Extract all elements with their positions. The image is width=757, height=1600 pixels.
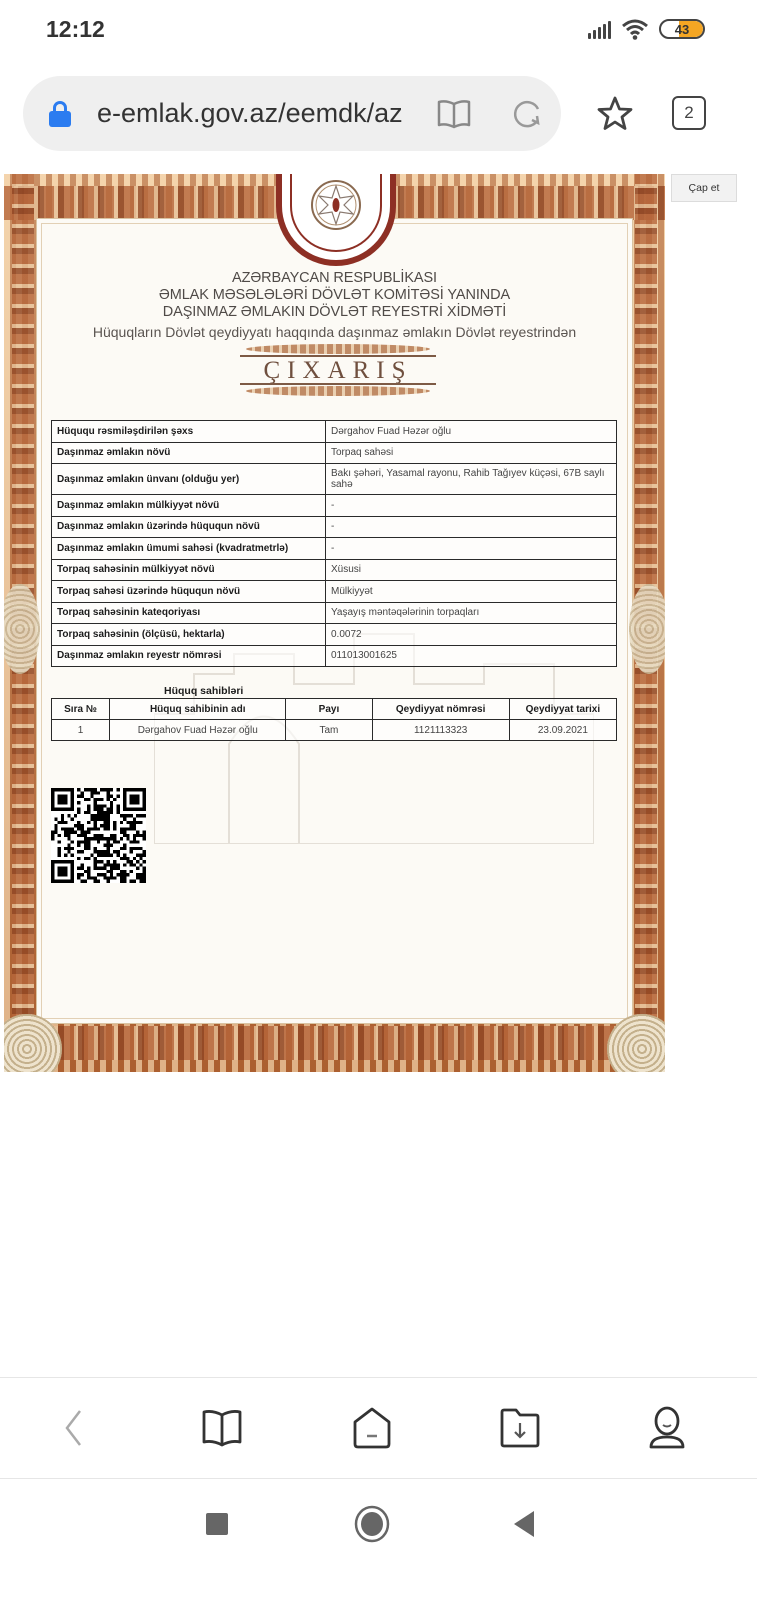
owners-cell: Dərgahov Fuad Həzər oğlu — [110, 720, 286, 741]
tabs-button[interactable]: 2 — [672, 96, 706, 130]
info-label: Daşınmaz əmlakın növü — [52, 442, 326, 464]
info-row: Hüququ rəsmiləşdirilən şəxsDərgahov Fuad… — [52, 421, 617, 443]
info-value: 011013001625 — [326, 645, 617, 667]
lock-icon[interactable] — [49, 101, 71, 127]
info-value: Dərgahov Fuad Həzər oğlu — [326, 421, 617, 443]
info-row: Daşınmaz əmlakın reyestr nömrəsi01101300… — [52, 645, 617, 667]
info-row: Torpaq sahəsi üzərində hüququn növüMülki… — [52, 581, 617, 603]
owners-cell: 1 — [52, 720, 110, 741]
signal-icon — [588, 19, 611, 39]
info-value: 0.0072 — [326, 624, 617, 646]
guilloche-right — [629, 584, 665, 674]
frame-band-bottom — [4, 1026, 665, 1060]
bookmarks-button[interactable] — [200, 1406, 244, 1450]
home-circle-icon — [354, 1505, 390, 1543]
home-icon — [351, 1406, 393, 1450]
owners-column-header: Qeydiyyat nömrəsi — [372, 699, 509, 720]
info-value: - — [326, 538, 617, 560]
info-label: Daşınmaz əmlakın üzərində hüququn növü — [52, 516, 326, 538]
info-label: Hüququ rəsmiləşdirilən şəxs — [52, 421, 326, 443]
profile-icon — [647, 1406, 687, 1450]
system-home-button[interactable] — [354, 1505, 390, 1543]
info-label: Daşınmaz əmlakın ümumi sahəsi (kvadratme… — [52, 538, 326, 560]
downloads-icon — [499, 1407, 541, 1449]
info-row: Daşınmaz əmlakın mülkiyyət növü- — [52, 495, 617, 517]
system-nav-bar — [0, 1480, 757, 1600]
certificate-title: ÇIXARIŞ — [240, 357, 436, 385]
property-info-table: Hüququ rəsmiləşdirilən şəxsDərgahov Fuad… — [51, 420, 617, 667]
tab-count: 2 — [684, 103, 693, 123]
owners-column-header: Payı — [286, 699, 372, 720]
title-ornament: ÇIXARIŞ — [240, 344, 436, 396]
system-back-button[interactable] — [512, 1510, 536, 1538]
profile-button[interactable] — [645, 1406, 689, 1450]
info-row: Daşınmaz əmlakın üzərində hüququn növü- — [52, 516, 617, 538]
owners-table: Sıra №Hüquq sahibinin adıPayıQeydiyyat n… — [51, 698, 617, 741]
home-button[interactable] — [350, 1406, 394, 1450]
owners-cell: 1121113323 — [372, 720, 509, 741]
info-label: Daşınmaz əmlakın ünvanı (olduğu yer) — [52, 464, 326, 495]
info-row: Daşınmaz əmlakın ünvanı (olduğu yer)Bakı… — [52, 464, 617, 495]
info-row: Torpaq sahəsinin (ölçüsü, hektarla)0.007… — [52, 624, 617, 646]
recents-icon — [205, 1512, 229, 1536]
status-icons: 43 — [588, 18, 705, 40]
url-text[interactable]: e-emlak.gov.az/eemdk/az — [97, 98, 402, 129]
info-value: Yaşayış məntəqələrinin torpaqları — [326, 602, 617, 624]
bookmark-star-icon[interactable] — [596, 95, 634, 133]
recents-button[interactable] — [205, 1512, 229, 1536]
certificate-header: AZƏRBAYCAN RESPUBLİKASI ƏMLAK MƏSƏLƏLƏRİ… — [4, 270, 665, 340]
back-icon — [62, 1408, 86, 1448]
info-label: Daşınmaz əmlakın reyestr nömrəsi — [52, 645, 326, 667]
info-row: Torpaq sahəsinin mülkiyyət növüXüsusi — [52, 559, 617, 581]
header-subtitle: Hüquqların Dövlət qeydiyyatı haqqında da… — [4, 324, 665, 340]
info-label: Torpaq sahəsinin (ölçüsü, hektarla) — [52, 624, 326, 646]
info-label: Torpaq sahəsinin mülkiyyət növü — [52, 559, 326, 581]
owners-column-header: Qeydiyyat tarixi — [509, 699, 616, 720]
header-committee: ƏMLAK MƏSƏLƏLƏRİ DÖVLƏT KOMİTƏSİ YANINDA — [4, 287, 665, 304]
header-republic: AZƏRBAYCAN RESPUBLİKASI — [4, 270, 665, 287]
info-value: Mülkiyyət — [326, 581, 617, 603]
owners-column-header: Sıra № — [52, 699, 110, 720]
info-label: Torpaq sahəsinin kateqoriyası — [52, 602, 326, 624]
info-row: Torpaq sahəsinin kateqoriyasıYaşayış mən… — [52, 602, 617, 624]
battery-level: 43 — [675, 22, 689, 37]
owners-row: 1Dərgahov Fuad Həzər oğluTam112111332323… — [52, 720, 617, 741]
owners-column-header: Hüquq sahibinin adı — [110, 699, 286, 720]
header-service: DAŞINMAZ ƏMLAKIN DÖVLƏT REYESTRİ XİDMƏTİ — [4, 304, 665, 321]
info-value: - — [326, 495, 617, 517]
bookmarks-icon — [201, 1408, 243, 1448]
status-time: 12:12 — [46, 16, 105, 43]
info-value: Torpaq sahəsi — [326, 442, 617, 464]
reload-icon[interactable] — [510, 97, 544, 131]
info-row: Daşınmaz əmlakın növüTorpaq sahəsi — [52, 442, 617, 464]
owners-cell: Tam — [286, 720, 372, 741]
owners-cell: 23.09.2021 — [509, 720, 616, 741]
address-bar[interactable]: e-emlak.gov.az/eemdk/az — [23, 76, 561, 151]
info-row: Daşınmaz əmlakın ümumi sahəsi (kvadratme… — [52, 538, 617, 560]
status-bar: 12:12 43 — [0, 0, 757, 62]
divider — [0, 1478, 757, 1479]
back-button[interactable] — [52, 1406, 96, 1450]
owners-title: Hüquq sahibləri — [164, 685, 243, 697]
azerbaijan-emblem-icon — [309, 178, 363, 232]
reader-mode-icon[interactable] — [436, 98, 472, 130]
battery-icon: 43 — [659, 19, 705, 39]
wifi-icon — [621, 18, 649, 40]
back-triangle-icon — [512, 1510, 536, 1538]
downloads-button[interactable] — [498, 1406, 542, 1450]
info-label: Daşınmaz əmlakın mülkiyyət növü — [52, 495, 326, 517]
certificate-document: AZƏRBAYCAN RESPUBLİKASI ƏMLAK MƏSƏLƏLƏRİ… — [4, 174, 665, 1072]
info-value: - — [326, 516, 617, 538]
qr-code — [51, 788, 146, 883]
browser-bottom-nav — [0, 1378, 757, 1478]
info-value: Xüsusi — [326, 559, 617, 581]
print-button[interactable]: Çap et — [671, 174, 737, 202]
info-value: Bakı şəhəri, Yasamal rayonu, Rahib Tağıy… — [326, 464, 617, 495]
info-label: Torpaq sahəsi üzərində hüququn növü — [52, 581, 326, 603]
